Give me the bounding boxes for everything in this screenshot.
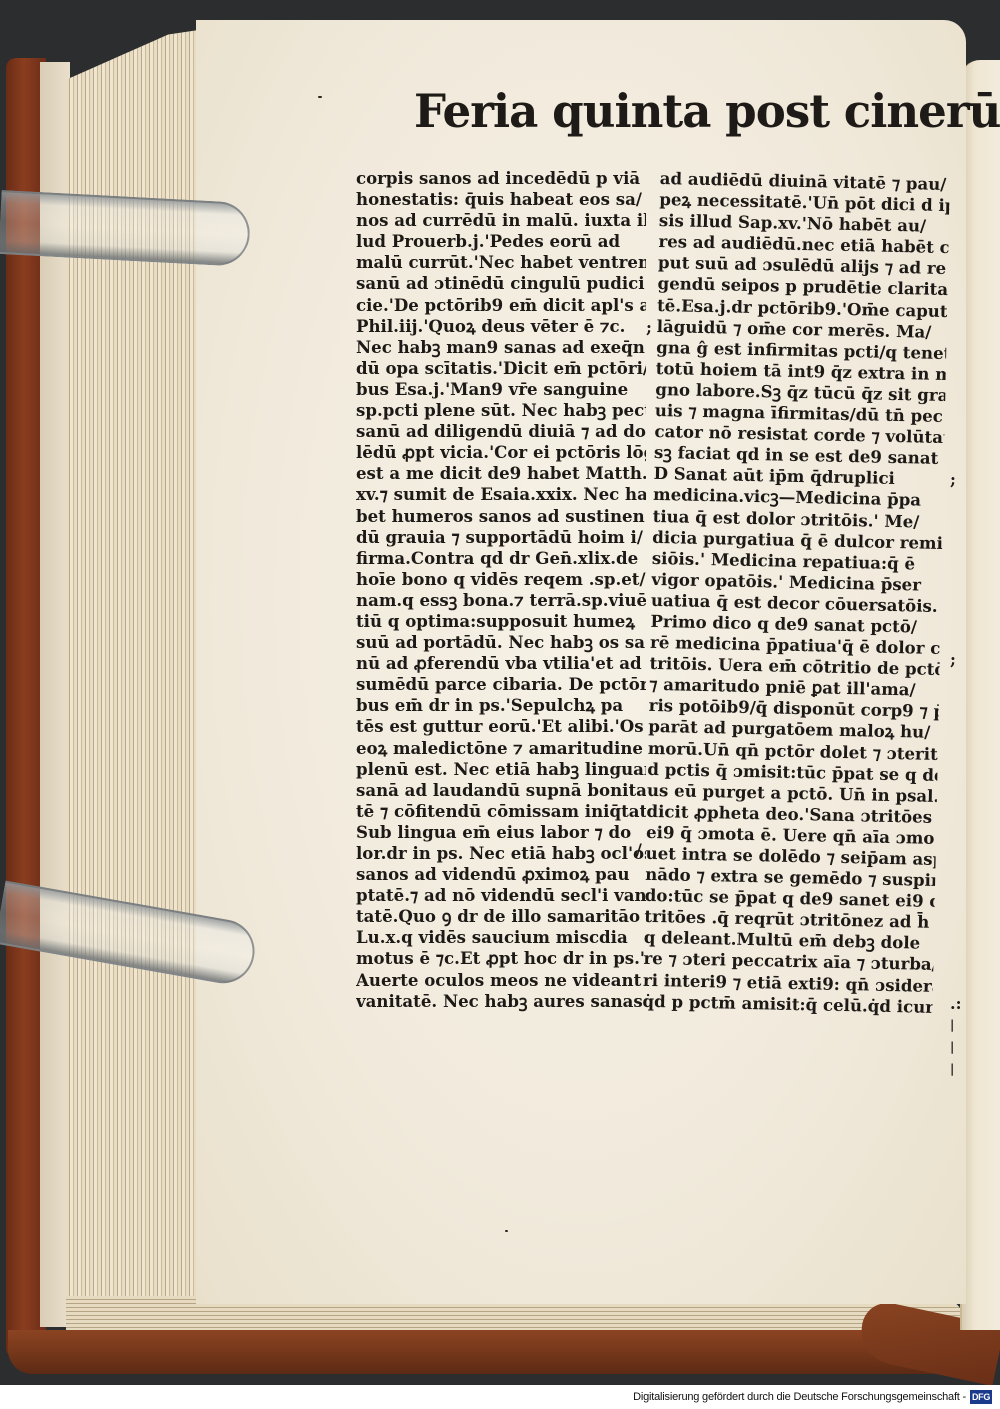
glass-page-weight-top xyxy=(0,190,251,267)
text-line: Nec habꝫ man9 sanas ad exeq̄n xyxy=(356,337,646,358)
text-line: malū currūt.'Nec habet ventrem xyxy=(356,252,646,273)
text-line: motus ē ⁊c.Et ꝓpt hoc dr in ps.' xyxy=(356,948,646,969)
text-line: xv.⁊ sumit de Esaia.xxix. Nec ha xyxy=(356,484,646,505)
text-line: Phil.iij.'Quoꝝ deus vēter ē ⁊c. xyxy=(356,316,646,337)
margin-mark: / xyxy=(636,840,642,859)
text-line: tē ⁊ cōfitendū cōmissam iniq̄tatē. xyxy=(356,801,646,822)
text-line: lud Prouerb.j.'Pedes eorū ad xyxy=(356,231,646,252)
text-line: nam.q essꝫ bona.⁊ terrā.sp.viuē xyxy=(356,590,646,611)
margin-mark: | xyxy=(950,1062,954,1076)
leather-cover-bottom xyxy=(8,1330,968,1374)
text-line: nos ad currēdū in malū. iuxta il xyxy=(356,210,646,231)
footer-credit-bar: Digitalisierung gefördert durch die Deut… xyxy=(0,1385,1000,1409)
text-line: nū ad ꝓferendū vba vtilia'et ad xyxy=(356,653,646,674)
margin-mark: | xyxy=(950,1018,954,1032)
text-line: Sub lingua em̄ eius labor ⁊ do xyxy=(356,822,646,843)
text-line: cie.'De pctōrib9 em̄ dicit apl's ad xyxy=(356,295,646,316)
text-line: suū ad portādū. Nec habꝫ os sa xyxy=(356,632,646,653)
text-column-right: ad audiēdū diuinā vitatē ⁊ pau/peꝝ neces… xyxy=(642,168,950,1018)
digitization-credit: Digitalisierung gefördert durch die Deut… xyxy=(633,1391,966,1403)
text-line: eoꝝ maledictōne ⁊ amaritudine xyxy=(356,738,646,759)
text-line: Auerte oculos meos ne videant xyxy=(356,970,646,991)
margin-mark: | xyxy=(950,1040,954,1054)
text-line: tēs est guttur eorū.'Et alibi.'Os xyxy=(356,716,646,737)
text-line: hoīe bono q vidēs reqem .sp.et/ xyxy=(356,569,646,590)
text-line: sanū ad ɔtinēdū cingulū pudici xyxy=(356,273,646,294)
dfg-logo-icon: DFG xyxy=(970,1390,992,1404)
text-line: honestatis: q̄uis habeat eos sa/ xyxy=(356,189,646,210)
margin-mark: ; xyxy=(646,318,652,337)
text-line: corpis sanos ad incedēdū p viā xyxy=(356,168,646,189)
ink-speck xyxy=(318,96,322,98)
text-line: vanitatē. Nec habꝫ aures sanas xyxy=(356,991,646,1012)
text-line: plenū est. Nec etiā habꝫ linguam xyxy=(356,759,646,780)
text-line: sanā ad laudandū supnā bonita xyxy=(356,780,646,801)
facing-page-edge xyxy=(960,60,1000,1330)
running-head: Feria quinta post cinerū xyxy=(414,84,933,138)
book-scan: Feria quinta post cinerū corpis sanos ad… xyxy=(0,0,1000,1385)
text-line: bus Esa.j.'Man9 vr̄e sanguine xyxy=(356,379,646,400)
text-line: tatē.Quo ꝯ dr de illo samaritāo xyxy=(356,906,646,927)
text-line: sp.pcti plene sūt. Nec habꝫ pect9 xyxy=(356,400,646,421)
margin-mark: ; xyxy=(950,650,956,669)
text-line: dū grauia ⁊ supportādū hoim i/ xyxy=(356,527,646,548)
text-line: lēdū ꝓpt vicia.'Cor ei pctōris lōge xyxy=(356,442,646,463)
margin-mark: .: xyxy=(950,994,961,1013)
text-line: ptatē.⁊ ad nō videndū secl'i vani xyxy=(356,885,646,906)
text-line: sanos ad videndū ꝓximoꝝ pau xyxy=(356,864,646,885)
text-line: sanū ad diligendū diuiā ⁊ ad do xyxy=(356,421,646,442)
text-line: est a me dicit de9 habet Matth. xyxy=(356,463,646,484)
text-line: sumēdū parce cibaria. De pctōri xyxy=(356,674,646,695)
text-line: tiū q optima:supposuit humeꝝ xyxy=(356,611,646,632)
text-line: lor.dr in ps. Nec etiā habꝫ ocl'os xyxy=(356,843,646,864)
text-line: dū opa scītatis.'Dicit em̄ pctōri/ xyxy=(356,358,646,379)
text-line: Lu.x.q vidēs saucium miscdia xyxy=(356,927,646,948)
text-line: bet humeros sanos ad sustinen xyxy=(356,506,646,527)
text-column-left: corpis sanos ad incedēdū p viāhonestatis… xyxy=(356,168,646,1012)
margin-mark: ; xyxy=(950,470,956,489)
ink-speck xyxy=(505,1230,508,1232)
text-line: firma.Contra qd dr Gen̄.xlix.de xyxy=(356,548,646,569)
text-line: bus em̄ dr in ps.'Sepulchꝝ pa xyxy=(356,695,646,716)
